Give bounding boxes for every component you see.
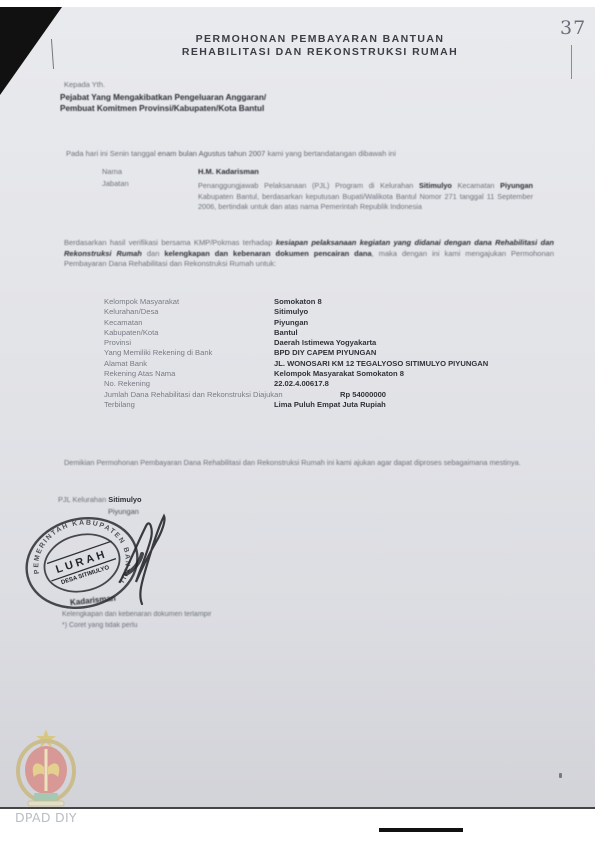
- details-table: Kelompok MasyarakatSomokaton 8Kelurahan/…: [104, 297, 564, 410]
- detail-row: KecamatanPiyungan: [104, 318, 564, 328]
- detail-label: Provinsi: [104, 338, 131, 347]
- detail-row: TerbilangLima Puluh Empat Juta Rupiah: [104, 400, 564, 410]
- addressee-line-2: Pembuat Komitmen Provinsi/Kabupaten/Kota…: [60, 103, 266, 114]
- diy-emblem-icon: [14, 727, 78, 809]
- detail-value: JL. WONOSARI KM 12 TEGALYOSO SITIMULYO P…: [274, 359, 488, 368]
- detail-label: Rekening Atas Nama: [104, 369, 175, 378]
- detail-value: Daerah Istimewa Yogyakarta: [274, 338, 376, 347]
- title-line-2: REHABILITASI DAN REKONSTRUKSI RUMAH: [0, 46, 595, 59]
- detail-label: Alamat Bank: [104, 359, 147, 368]
- detail-label: Yang Memiliki Rekening di Bank: [104, 348, 212, 357]
- position-label: Jabatan: [102, 179, 129, 188]
- detail-row: Jumlah Dana Rehabilitasi dan Rekonstruks…: [104, 390, 564, 400]
- archive-watermark: DPAD DIY: [15, 810, 77, 825]
- bottom-scan-bar: [379, 828, 463, 832]
- closing-paragraph: Demikian Permohonan Pembayaran Dana Reha…: [64, 458, 554, 469]
- detail-value: 22.02.4.00617.8: [274, 379, 329, 388]
- detail-value: Lima Puluh Empat Juta Rupiah: [274, 400, 386, 409]
- detail-value: Rp 54000000: [340, 390, 386, 399]
- addressee-label: Kepada Yth.: [64, 80, 105, 89]
- scan-speck: [559, 773, 562, 778]
- detail-row: Yang Memiliki Rekening di BankBPD DIY CA…: [104, 348, 564, 358]
- detail-value: BPD DIY CAPEM PIYUNGAN: [274, 348, 376, 357]
- addressee: Pejabat Yang Mengakibatkan Pengeluaran A…: [60, 92, 266, 114]
- detail-row: Kelurahan/DesaSitimulyo: [104, 307, 564, 317]
- footnote-1: Kelengkapan dan kebenaran dokumen terlam…: [62, 611, 211, 618]
- position-text: Penanggungjawab Pelaksanaan (PJL) Progra…: [198, 181, 533, 213]
- detail-value: Kelompok Masyarakat Somokaton 8: [274, 369, 404, 378]
- detail-value: Bantul: [274, 328, 298, 337]
- detail-label: Kecamatan: [104, 318, 142, 327]
- intro-prefix: Pada hari ini Senin tanggal: [66, 149, 156, 158]
- detail-label: Kelompok Masyarakat: [104, 297, 179, 306]
- detail-row: Kabupaten/KotaBantul: [104, 328, 564, 338]
- body-paragraph: Berdasarkan hasil verifikasi bersama KMP…: [64, 238, 554, 270]
- detail-row: ProvinsiDaerah Istimewa Yogyakarta: [104, 338, 564, 348]
- addressee-line-1: Pejabat Yang Mengakibatkan Pengeluaran A…: [60, 92, 266, 103]
- detail-label: Kabupaten/Kota: [104, 328, 158, 337]
- detail-row: Alamat BankJL. WONOSARI KM 12 TEGALYOSO …: [104, 359, 564, 369]
- intro-line: Pada hari ini Senin tanggal enam bulan A…: [66, 149, 396, 158]
- detail-row: No. Rekening22.02.4.00617.8: [104, 379, 564, 389]
- handwritten-signature: [112, 512, 172, 612]
- document-title: PERMOHONAN PEMBAYARAN BANTUAN REHABILITA…: [0, 33, 595, 59]
- title-line-1: PERMOHONAN PEMBAYARAN BANTUAN: [0, 33, 595, 46]
- position-district: Piyungan: [500, 181, 533, 190]
- intro-suffix: kami yang bertandatangan dibawah ini: [267, 149, 395, 158]
- intro-date: enam bulan Agustus tahun 2007: [158, 149, 266, 158]
- footnote-2: *) Coret yang tidak perlu: [62, 622, 137, 629]
- name-value: H.M. Kadarisman: [198, 167, 259, 176]
- detail-label: Terbilang: [104, 400, 135, 409]
- detail-label: No. Rekening: [104, 379, 150, 388]
- name-label: Nama: [102, 167, 122, 176]
- detail-row: Rekening Atas NamaKelompok Masyarakat So…: [104, 369, 564, 379]
- detail-row: Kelompok MasyarakatSomokaton 8: [104, 297, 564, 307]
- scanned-document-page: 37 PERMOHONAN PEMBAYARAN BANTUAN REHABIL…: [0, 7, 595, 809]
- detail-value: Somokaton 8: [274, 297, 322, 306]
- position-village: Sitimulyo: [419, 181, 452, 190]
- detail-value: Piyungan: [274, 318, 308, 327]
- detail-label: Kelurahan/Desa: [104, 307, 158, 316]
- detail-value: Sitimulyo: [274, 307, 308, 316]
- detail-label: Jumlah Dana Rehabilitasi dan Rekonstruks…: [104, 390, 283, 399]
